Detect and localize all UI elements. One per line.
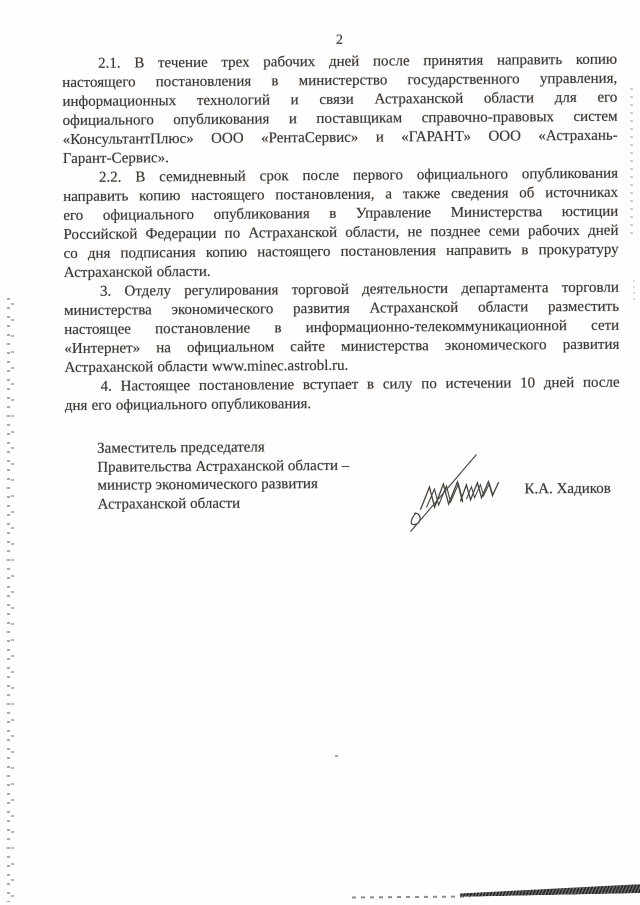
scan-noise-left-edge xyxy=(2,298,14,902)
text-line: Правительства Астраханской области – xyxy=(97,456,397,477)
scan-noise-right-edge-small xyxy=(633,280,635,300)
printed-content: 2 2.1. В течение трех рабочих дней после… xyxy=(0,0,640,905)
scanned-document-page: 2 2.1. В течение трех рабочих дней после… xyxy=(0,0,640,905)
signer-name: К.А. Хадиков xyxy=(524,480,634,499)
handwritten-signature-icon xyxy=(398,447,509,540)
paragraph-item-2-2: 2.2. В семидневный срок после первого оф… xyxy=(63,165,619,283)
text-line: Заместитель председателя xyxy=(97,437,397,458)
scan-noise-stray-dot xyxy=(335,755,338,757)
scan-noise-right-edge xyxy=(630,88,633,238)
text-line: дня его официального опубликования. xyxy=(65,393,620,416)
paragraph-item-3: 3. Отделу регулирования торговой деятель… xyxy=(64,279,620,378)
paragraph-item-2-1: 2.1. В течение трех рабочих дней после п… xyxy=(62,51,618,169)
text-line: Астраханской области xyxy=(98,493,398,514)
text-line: министр экономического развития xyxy=(97,474,397,495)
document-body: 2.1. В течение трех рабочих дней после п… xyxy=(62,51,620,416)
paragraph-item-4: 4. Настоящее постановление вступает в си… xyxy=(65,374,620,416)
signatory-title-block: Заместитель председателяПравительства Ас… xyxy=(97,437,398,513)
page-number: 2 xyxy=(63,31,617,51)
